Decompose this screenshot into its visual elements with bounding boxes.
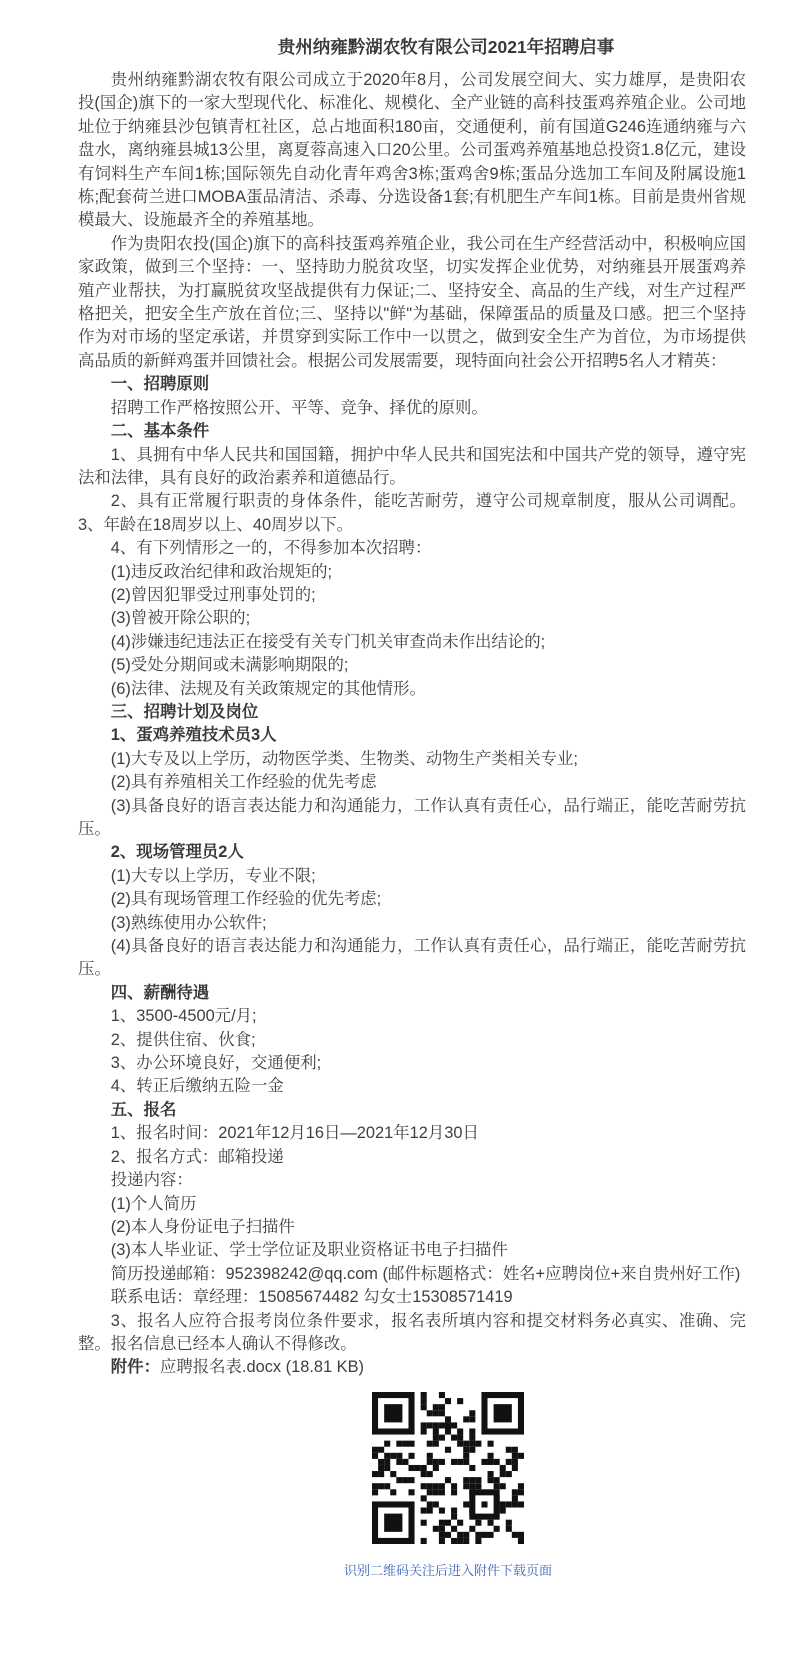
para-salary-2: 2、提供住宿、伙食; <box>78 1029 746 1052</box>
page-title: 贵州纳雍黔湖农牧有限公司2021年招聘启事 <box>78 36 746 59</box>
para-condition-2-3: 2、具有正常履行职责的身体条件，能吃苦耐劳，遵守公司规章制度，服从公司调配。3、… <box>78 490 746 537</box>
qr-caption-link[interactable]: 识别二维码关注后进入附件下载页面 <box>344 1563 552 1578</box>
para-intro-policy: 作为贵阳农投(国企)旗下的高科技蛋鸡养殖企业，我公司在生产经营活动中，积极响应国… <box>78 233 746 373</box>
para-principles: 招聘工作严格按照公开、平等、竞争、择优的原则。 <box>78 397 746 420</box>
para-intro-company: 贵州纳雍黔湖农牧有限公司成立于2020年8月，公司发展空间大、实力雄厚，是贵阳农… <box>78 69 746 233</box>
para-manager-req-1: (1)大专以上学历，专业不限; <box>78 865 746 888</box>
attachment-line: 附件：应聘报名表.docx (18.81 KB) <box>78 1356 746 1379</box>
para-disqualify-1: (1)违反政治纪律和政治规矩的; <box>78 561 746 584</box>
para-condition-1: 1、具拥有中华人民共和国国籍，拥护中华人民共和国宪法和中国共产党的领导，遵守宪法… <box>78 444 746 491</box>
heading-position-manager: 2、现场管理员2人 <box>78 841 746 864</box>
para-technician-req-3: (3)具备良好的语言表达能力和沟通能力，工作认真有责任心，品行端正，能吃苦耐劳抗… <box>78 795 746 842</box>
para-technician-req-2: (2)具有养殖相关工作经验的优先考虑 <box>78 771 746 794</box>
para-delivery-item-2: (2)本人身份证电子扫描件 <box>78 1216 746 1239</box>
para-manager-req-2: (2)具有现场管理工作经验的优先考虑; <box>78 888 746 911</box>
heading-1-principles: 一、招聘原则 <box>78 373 746 396</box>
para-condition-4: 4、有下列情形之一的，不得参加本次招聘： <box>78 537 746 560</box>
para-delivery-item-3: (3)本人毕业证、学士学位证及职业资格证书电子扫描件 <box>78 1239 746 1262</box>
para-contact-phone: 联系电话：章经理：15085674482 勾女士15308571419 <box>78 1286 746 1309</box>
para-salary-3: 3、办公环境良好，交通便利; <box>78 1052 746 1075</box>
para-disqualify-4: (4)涉嫌违纪违法正在接受有关专门机关审查尚未作出结论的; <box>78 631 746 654</box>
recruitment-notice-page: 贵州纳雍黔湖农牧有限公司2021年招聘启事 贵州纳雍黔湖农牧有限公司成立于202… <box>0 0 800 1653</box>
qr-caption: 识别二维码关注后进入附件下载页面 <box>78 1562 746 1580</box>
para-salary-4: 4、转正后缴纳五险一金 <box>78 1075 746 1098</box>
qr-section <box>78 1392 746 1549</box>
para-technician-req-1: (1)大专及以上学历，动物医学类、生物类、动物生产类相关专业; <box>78 748 746 771</box>
para-apply-time: 1、报名时间：2021年12月16日—2021年12月30日 <box>78 1122 746 1145</box>
para-delivery-content: 投递内容： <box>78 1169 746 1192</box>
heading-3-positions: 三、招聘计划及岗位 <box>78 701 746 724</box>
para-manager-req-3: (3)熟练使用办公软件; <box>78 912 746 935</box>
heading-5-application: 五、报名 <box>78 1099 746 1122</box>
heading-2-basic-conditions: 二、基本条件 <box>78 420 746 443</box>
para-disqualify-3: (3)曾被开除公职的; <box>78 607 746 630</box>
para-disqualify-2: (2)曾因犯罪受过刑事处罚的; <box>78 584 746 607</box>
para-disqualify-6: (6)法律、法规及有关政策规定的其他情形。 <box>78 678 746 701</box>
qr-code-image <box>372 1392 524 1544</box>
para-disqualify-5: (5)受处分期间或未满影响期限的; <box>78 654 746 677</box>
attachment-file: 应聘报名表.docx (18.81 KB) <box>160 1358 364 1376</box>
para-delivery-item-1: (1)个人简历 <box>78 1193 746 1216</box>
article-body: 贵州纳雍黔湖农牧有限公司2021年招聘启事 贵州纳雍黔湖农牧有限公司成立于202… <box>0 0 800 1640</box>
para-salary-1: 1、3500-4500元/月; <box>78 1005 746 1028</box>
attachment-label: 附件： <box>111 1358 160 1376</box>
heading-position-technician: 1、蛋鸡养殖技术员3人 <box>78 724 746 747</box>
para-manager-req-4: (4)具备良好的语言表达能力和沟通能力，工作认真有责任心，品行端正，能吃苦耐劳抗… <box>78 935 746 982</box>
para-resume-email: 简历投递邮箱：952398242@qq.com (邮件标题格式：姓名+应聘岗位+… <box>78 1263 746 1286</box>
para-apply-method: 2、报名方式：邮箱投递 <box>78 1146 746 1169</box>
para-apply-note: 3、报名人应符合报考岗位条件要求，报名表所填内容和提交材料务必真实、准确、完整。… <box>78 1310 746 1357</box>
heading-4-salary: 四、薪酬待遇 <box>78 982 746 1005</box>
